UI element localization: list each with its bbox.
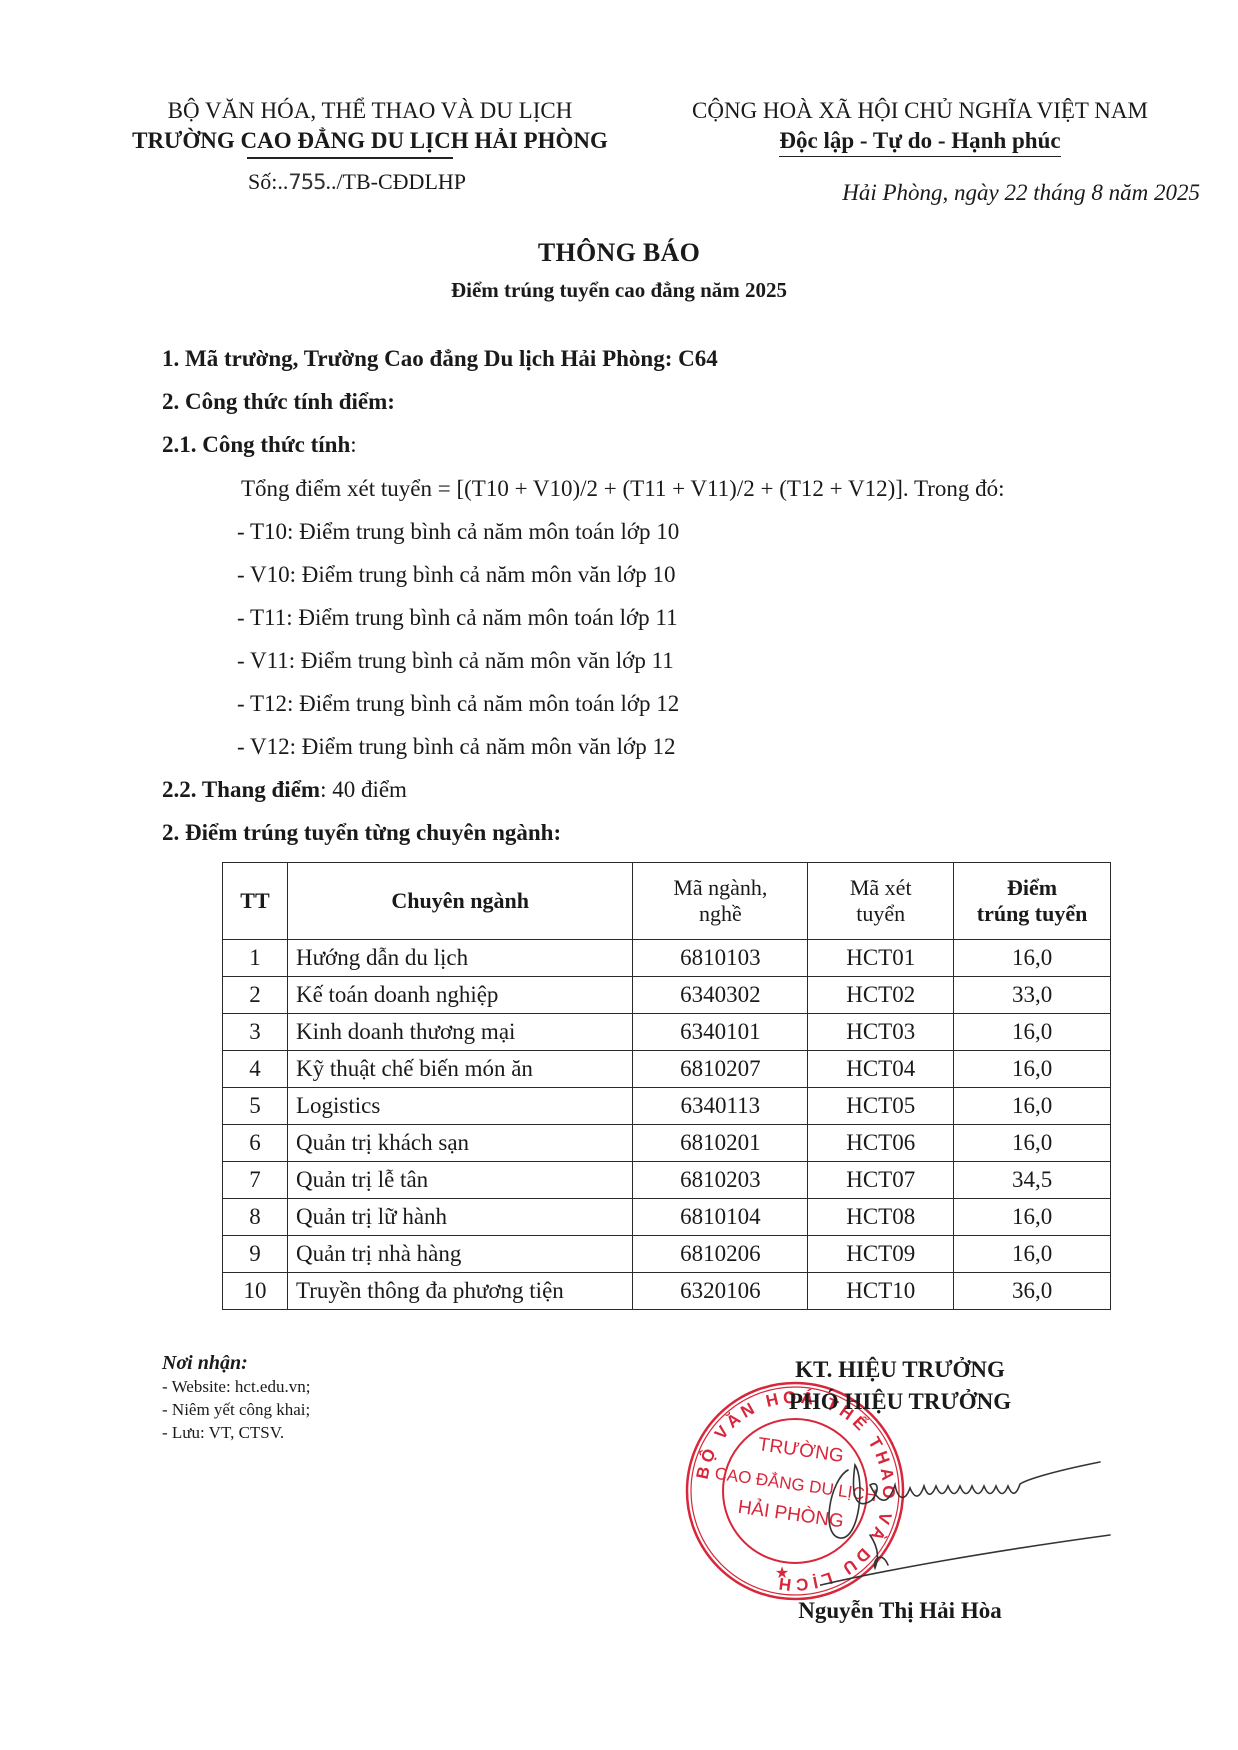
table-row: 3Kinh doanh thương mại6340101HCT0316,0 <box>223 1014 1111 1051</box>
cell-major-code: 6810207 <box>633 1051 808 1088</box>
handwritten-signature <box>820 1440 1120 1590</box>
cell-score: 16,0 <box>954 1125 1111 1162</box>
cell-score: 16,0 <box>954 1051 1111 1088</box>
table-row: 4Kỹ thuật chế biến món ăn6810207HCT0416,… <box>223 1051 1111 1088</box>
cell-admission-code: HCT07 <box>808 1162 954 1199</box>
cell-tt: 10 <box>223 1273 288 1310</box>
cell-major-code: 6340101 <box>633 1014 808 1051</box>
cell-score: 34,5 <box>954 1162 1111 1199</box>
document-number: Số:..755../TB-CĐDLHP <box>87 169 627 195</box>
cell-tt: 4 <box>223 1051 288 1088</box>
cell-admission-code: HCT02 <box>808 977 954 1014</box>
school-underline <box>247 157 453 159</box>
nation-title: CỘNG HOÀ XÃ HỘI CHỦ NGHĨA VIỆT NAM <box>640 96 1200 126</box>
cell-score: 33,0 <box>954 977 1111 1014</box>
cell-major: Kinh doanh thương mại <box>287 1014 633 1051</box>
section-formula-sub: 2.1. Công thức tính: <box>162 430 357 460</box>
col-header-tt: TT <box>223 863 288 940</box>
cell-major: Quản trị lễ tân <box>287 1162 633 1199</box>
cell-admission-code: HCT05 <box>808 1088 954 1125</box>
definition-item: - V12: Điểm trung bình cả năm môn văn lớ… <box>237 732 675 762</box>
cell-score: 16,0 <box>954 940 1111 977</box>
table-row: 7Quản trị lễ tân6810203HCT0734,5 <box>223 1162 1111 1199</box>
cell-admission-code: HCT10 <box>808 1273 954 1310</box>
cell-major-code: 6340113 <box>633 1088 808 1125</box>
cell-tt: 8 <box>223 1199 288 1236</box>
cell-admission-code: HCT08 <box>808 1199 954 1236</box>
cell-admission-code: HCT03 <box>808 1014 954 1051</box>
cell-major-code: 6810206 <box>633 1236 808 1273</box>
cell-major: Kế toán doanh nghiệp <box>287 977 633 1014</box>
formula-text: Tổng điểm xét tuyển = [(T10 + V10)/2 + (… <box>241 474 1005 504</box>
cell-major: Quản trị khách sạn <box>287 1125 633 1162</box>
cell-score: 16,0 <box>954 1088 1111 1125</box>
definition-item: - T10: Điểm trung bình cả năm môn toán l… <box>237 517 679 547</box>
cell-score: 16,0 <box>954 1014 1111 1051</box>
table-body: 1Hướng dẫn du lịch6810103HCT0116,02Kế to… <box>223 940 1111 1310</box>
cell-major-code: 6810203 <box>633 1162 808 1199</box>
cell-score: 36,0 <box>954 1273 1111 1310</box>
recipients-block: Nơi nhận: - Website: hct.edu.vn; - Niêm … <box>162 1352 310 1444</box>
ministry-name: BỘ VĂN HÓA, THỂ THAO VÀ DU LỊCH <box>100 96 640 126</box>
header-national: CỘNG HOÀ XÃ HỘI CHỦ NGHĨA VIỆT NAM Độc l… <box>640 96 1200 157</box>
definition-item: - T12: Điểm trung bình cả năm môn toán l… <box>237 689 679 719</box>
cell-score: 16,0 <box>954 1199 1111 1236</box>
document-subtitle: Điểm trúng tuyển cao đẳng năm 2025 <box>0 278 1238 303</box>
cell-tt: 6 <box>223 1125 288 1162</box>
cell-major: Quản trị lữ hành <box>287 1199 633 1236</box>
document-date: Hải Phòng, ngày 22 tháng 8 năm 2025 <box>740 180 1200 206</box>
table-row: 8Quản trị lữ hành6810104HCT0816,0 <box>223 1199 1111 1236</box>
cell-major-code: 6320106 <box>633 1273 808 1310</box>
signature-icon <box>820 1440 1120 1590</box>
cell-admission-code: HCT09 <box>808 1236 954 1273</box>
cell-tt: 1 <box>223 940 288 977</box>
signer-name: Nguyễn Thị Hải Hòa <box>700 1598 1100 1624</box>
cell-major-code: 6340302 <box>633 977 808 1014</box>
definition-item: - V10: Điểm trung bình cả năm môn văn lớ… <box>237 560 675 590</box>
cell-tt: 7 <box>223 1162 288 1199</box>
cell-major: Logistics <box>287 1088 633 1125</box>
recipient-item: - Website: hct.edu.vn; <box>162 1375 310 1398</box>
school-name: TRƯỜNG CAO ĐẲNG DU LỊCH HẢI PHÒNG <box>100 126 640 156</box>
signer-title-1: KT. HIỆU TRƯỞNG <box>700 1354 1100 1386</box>
table-header-row: TT Chuyên ngành Mã ngành,nghề Mã xéttuyể… <box>223 863 1111 940</box>
cell-major: Truyền thông đa phương tiện <box>287 1273 633 1310</box>
recipients-heading: Nơi nhận: <box>162 1352 310 1375</box>
section-score-scale: 2.2. Thang điểm: 40 điểm <box>162 775 407 805</box>
col-header-score: Điểmtrúng tuyển <box>954 863 1111 940</box>
table-row: 2Kế toán doanh nghiệp6340302HCT0233,0 <box>223 977 1111 1014</box>
col-header-major: Chuyên ngành <box>287 863 633 940</box>
national-motto: Độc lập - Tự do - Hạnh phúc <box>779 126 1060 157</box>
header-issuing-body: BỘ VĂN HÓA, THỂ THAO VÀ DU LỊCH TRƯỜNG C… <box>100 96 640 195</box>
cell-major: Quản trị nhà hàng <box>287 1236 633 1273</box>
cell-admission-code: HCT06 <box>808 1125 954 1162</box>
admission-scores-table: TT Chuyên ngành Mã ngành,nghề Mã xéttuyể… <box>222 862 1111 1310</box>
table-row: 10Truyền thông đa phương tiện6320106HCT1… <box>223 1273 1111 1310</box>
handwritten-number: 755 <box>288 170 325 194</box>
cell-tt: 9 <box>223 1236 288 1273</box>
cell-tt: 5 <box>223 1088 288 1125</box>
definition-item: - V11: Điểm trung bình cả năm môn văn lớ… <box>237 646 674 676</box>
table-row: 5Logistics6340113HCT0516,0 <box>223 1088 1111 1125</box>
section-admission-scores: 2. Điểm trúng tuyển từng chuyên ngành: <box>162 818 561 848</box>
document-title: THÔNG BÁO <box>0 238 1238 268</box>
col-header-admission-code: Mã xéttuyển <box>808 863 954 940</box>
cell-tt: 3 <box>223 1014 288 1051</box>
cell-major-code: 6810104 <box>633 1199 808 1236</box>
recipient-item: - Lưu: VT, CTSV. <box>162 1421 310 1444</box>
cell-major: Hướng dẫn du lịch <box>287 940 633 977</box>
cell-score: 16,0 <box>954 1236 1111 1273</box>
section-formula-heading: 2. Công thức tính điểm: <box>162 387 395 417</box>
cell-major-code: 6810201 <box>633 1125 808 1162</box>
table-row: 9Quản trị nhà hàng6810206HCT0916,0 <box>223 1236 1111 1273</box>
section-school-code: 1. Mã trường, Trường Cao đẳng Du lịch Hả… <box>162 344 718 374</box>
definition-item: - T11: Điểm trung bình cả năm môn toán l… <box>237 603 678 633</box>
recipient-item: - Niêm yết công khai; <box>162 1398 310 1421</box>
cell-major: Kỹ thuật chế biến món ăn <box>287 1051 633 1088</box>
signer-title-2: PHÓ HIỆU TRƯỞNG <box>700 1386 1100 1418</box>
table-row: 6Quản trị khách sạn6810201HCT0616,0 <box>223 1125 1111 1162</box>
cell-admission-code: HCT04 <box>808 1051 954 1088</box>
cell-tt: 2 <box>223 977 288 1014</box>
cell-admission-code: HCT01 <box>808 940 954 977</box>
col-header-major-code: Mã ngành,nghề <box>633 863 808 940</box>
table-row: 1Hướng dẫn du lịch6810103HCT0116,0 <box>223 940 1111 977</box>
cell-major-code: 6810103 <box>633 940 808 977</box>
